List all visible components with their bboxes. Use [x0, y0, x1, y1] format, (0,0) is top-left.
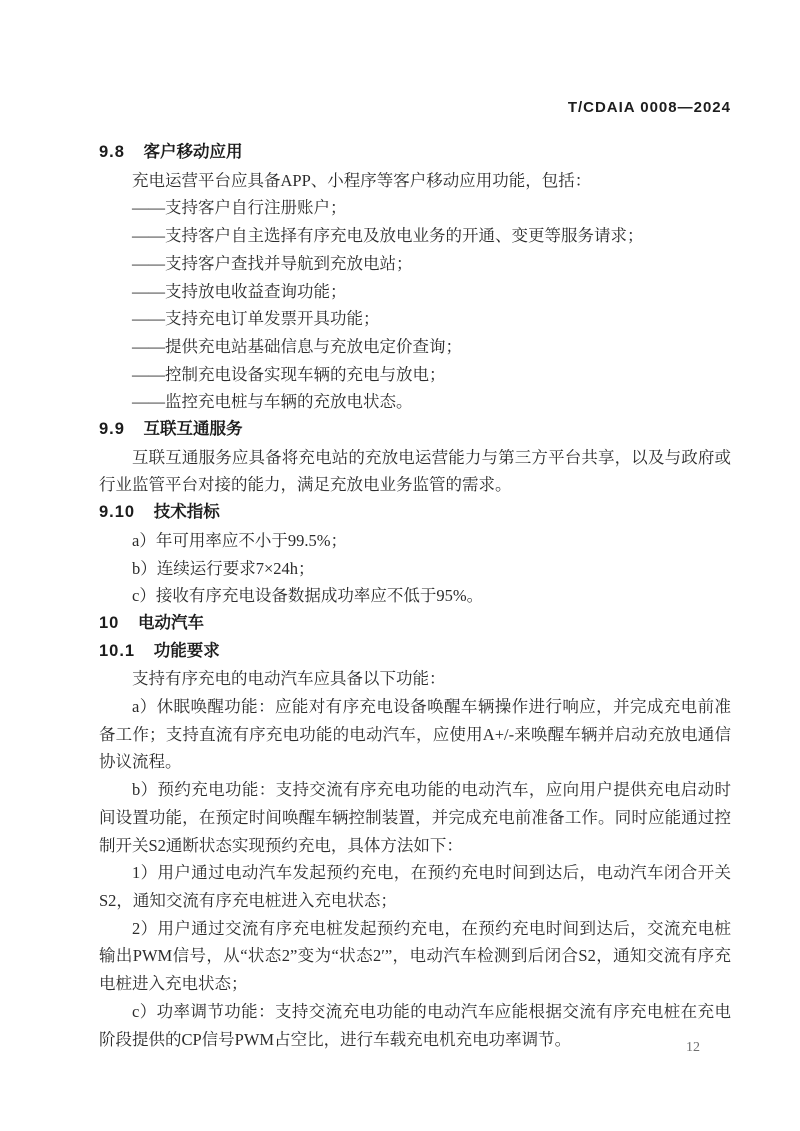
- document-body: 9.8 客户移动应用 充电运营平台应具备APP、小程序等客户移动应用功能，包括：…: [99, 139, 731, 1053]
- section-number: 10.1: [99, 638, 135, 666]
- paragraph-sleep-wakeup-function: a）休眠唤醒功能：应能对有序充电设备唤醒车辆操作进行响应，并完成充电前准备工作；…: [99, 693, 731, 776]
- section-number: 9.10: [99, 499, 135, 527]
- section-heading-10: 10 电动汽车: [99, 610, 731, 638]
- paragraph-data-success-rate: c）接收有序充电设备数据成功率应不低于95%。: [99, 582, 731, 610]
- document-page: T/CDAIA 0008—2024 9.8 客户移动应用 充电运营平台应具备AP…: [0, 0, 800, 1131]
- list-item-register-account: ——支持客户自行注册账户；: [99, 194, 731, 222]
- section-title: 技术指标: [154, 503, 220, 521]
- section-heading-9-8: 9.8 客户移动应用: [99, 139, 731, 167]
- section-number: 9.8: [99, 139, 125, 167]
- section-title: 客户移动应用: [144, 143, 243, 161]
- paragraph-intro-mobile-app: 充电运营平台应具备APP、小程序等客户移动应用功能，包括：: [99, 167, 731, 195]
- paragraph-reserved-charging-method-2: 2）用户通过交流有序充电桩发起预约充电，在预约充电时间到达后，交流充电桩输出PW…: [99, 915, 731, 998]
- section-number: 9.9: [99, 416, 125, 444]
- paragraph-ev-functions-intro: 支持有序充电的电动汽车应具备以下功能：: [99, 665, 731, 693]
- section-heading-9-9: 9.9 互联互通服务: [99, 416, 731, 444]
- paragraph-reserved-charging-function: b）预约充电功能：支持交流有序充电功能的电动汽车，应向用户提供充电启动时间设置功…: [99, 776, 731, 859]
- paragraph-reserved-charging-method-1: 1）用户通过电动汽车发起预约充电，在预约充电时间到达后，电动汽车闭合开关S2，通…: [99, 859, 731, 914]
- paragraph-interconnection-service: 互联互通服务应具备将充电站的充放电运营能力与第三方平台共享，以及与政府或行业监管…: [99, 444, 731, 499]
- section-number: 10: [99, 610, 119, 638]
- section-title: 电动汽车: [138, 614, 204, 632]
- paragraph-power-regulation-function: c）功率调节功能：支持交流充电功能的电动汽车应能根据交流有序充电桩在充电阶段提供…: [99, 998, 731, 1053]
- list-item-service-request: ——支持客户自主选择有序充电及放电业务的开通、变更等服务请求；: [99, 222, 731, 250]
- section-heading-9-10: 9.10 技术指标: [99, 499, 731, 527]
- section-title: 互联互通服务: [144, 420, 243, 438]
- list-item-station-info-pricing: ——提供充电站基础信息与充放电定价查询；: [99, 333, 731, 361]
- list-item-invoice: ——支持充电订单发票开具功能；: [99, 305, 731, 333]
- list-item-discharge-income-query: ——支持放电收益查询功能；: [99, 278, 731, 306]
- section-title: 功能要求: [154, 642, 220, 660]
- list-item-control-charging-equipment: ——控制充电设备实现车辆的充电与放电；: [99, 361, 731, 389]
- section-heading-10-1: 10.1 功能要求: [99, 638, 731, 666]
- list-item-find-navigate: ——支持客户查找并导航到充放电站；: [99, 250, 731, 278]
- list-item-monitor-charging-status: ——监控充电桩与车辆的充放电状态。: [99, 388, 731, 416]
- standard-number-header: T/CDAIA 0008—2024: [568, 99, 731, 116]
- paragraph-availability-rate: a）年可用率应不小于99.5%；: [99, 527, 731, 555]
- paragraph-continuous-operation: b）连续运行要求7×24h；: [99, 555, 731, 583]
- page-number: 12: [686, 1040, 700, 1056]
